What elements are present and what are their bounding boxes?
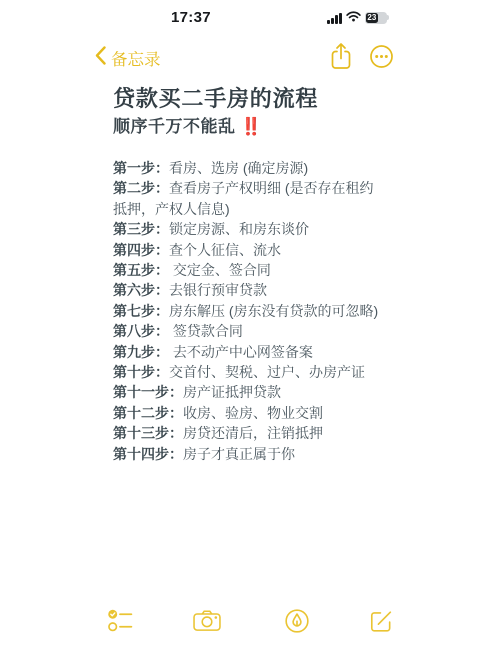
step-item: 第七步：房东解压 (房东没有贷款的可忽略) xyxy=(113,301,443,321)
camera-button[interactable] xyxy=(190,606,224,640)
compose-button[interactable] xyxy=(364,606,398,640)
step-item: 第二步：查看房子产权明细 (是否存在租约 抵押，产权人信息) xyxy=(113,178,443,219)
step-item: 第十二步：收房、验房、物业交割 xyxy=(113,403,443,423)
note-title: 贷款买二手房的流程 xyxy=(113,82,318,113)
step-item: 第五步： 交定金、签合同 xyxy=(113,260,443,280)
status-time: 17:37 xyxy=(171,9,215,26)
double-exclamation-emoji: ‼️ xyxy=(241,117,263,136)
status-icons: 23 xyxy=(327,11,387,25)
chevron-left-icon xyxy=(95,46,106,70)
subtitle-text: 顺序千万不能乱 xyxy=(113,117,236,136)
checklist-icon xyxy=(107,607,134,639)
battery-percent: 23 xyxy=(366,12,378,24)
share-button[interactable] xyxy=(327,43,355,73)
step-item: 第四步：查个人征信、流水 xyxy=(113,240,443,260)
battery-icon: 23 xyxy=(365,12,387,24)
markup-button[interactable] xyxy=(280,606,314,640)
more-button[interactable] xyxy=(368,45,395,72)
wifi-icon xyxy=(346,9,361,27)
cellular-signal-icon xyxy=(327,13,342,24)
step-item: 第一步：看房、选房 (确定房源) xyxy=(113,158,443,178)
step-item: 第六步：去银行预审贷款 xyxy=(113,280,443,300)
steps-list: 第一步：看房、选房 (确定房源) 第二步：查看房子产权明细 (是否存在租约 抵押… xyxy=(113,158,443,464)
step-item: 第九步： 去不动产中心网签备案 xyxy=(113,342,443,362)
step-item: 第十步：交首付、契税、过户、办房产证 xyxy=(113,362,443,382)
step-item: 第八步： 签贷款合同 xyxy=(113,321,443,341)
note-subtitle: 顺序千万不能乱‼️ xyxy=(113,112,262,137)
notes-app-screen: 17:37 23 备忘录 xyxy=(0,0,500,656)
step-item: 第十一步：房产证抵押贷款 xyxy=(113,382,443,402)
share-icon xyxy=(329,42,353,75)
compose-icon xyxy=(368,608,394,639)
step-item: 第三步：锁定房源、和房东谈价 xyxy=(113,219,443,239)
ellipsis-circle-icon xyxy=(369,44,394,74)
camera-icon xyxy=(193,609,221,637)
back-label: 备忘录 xyxy=(111,46,161,70)
step-item: 第十三步：房贷还清后，注销抵押 xyxy=(113,423,443,443)
back-button[interactable]: 备忘录 xyxy=(95,46,161,70)
markup-icon xyxy=(284,608,310,639)
step-item: 第十四步：房子才真正属于你 xyxy=(113,444,443,464)
checklist-button[interactable] xyxy=(103,606,137,640)
